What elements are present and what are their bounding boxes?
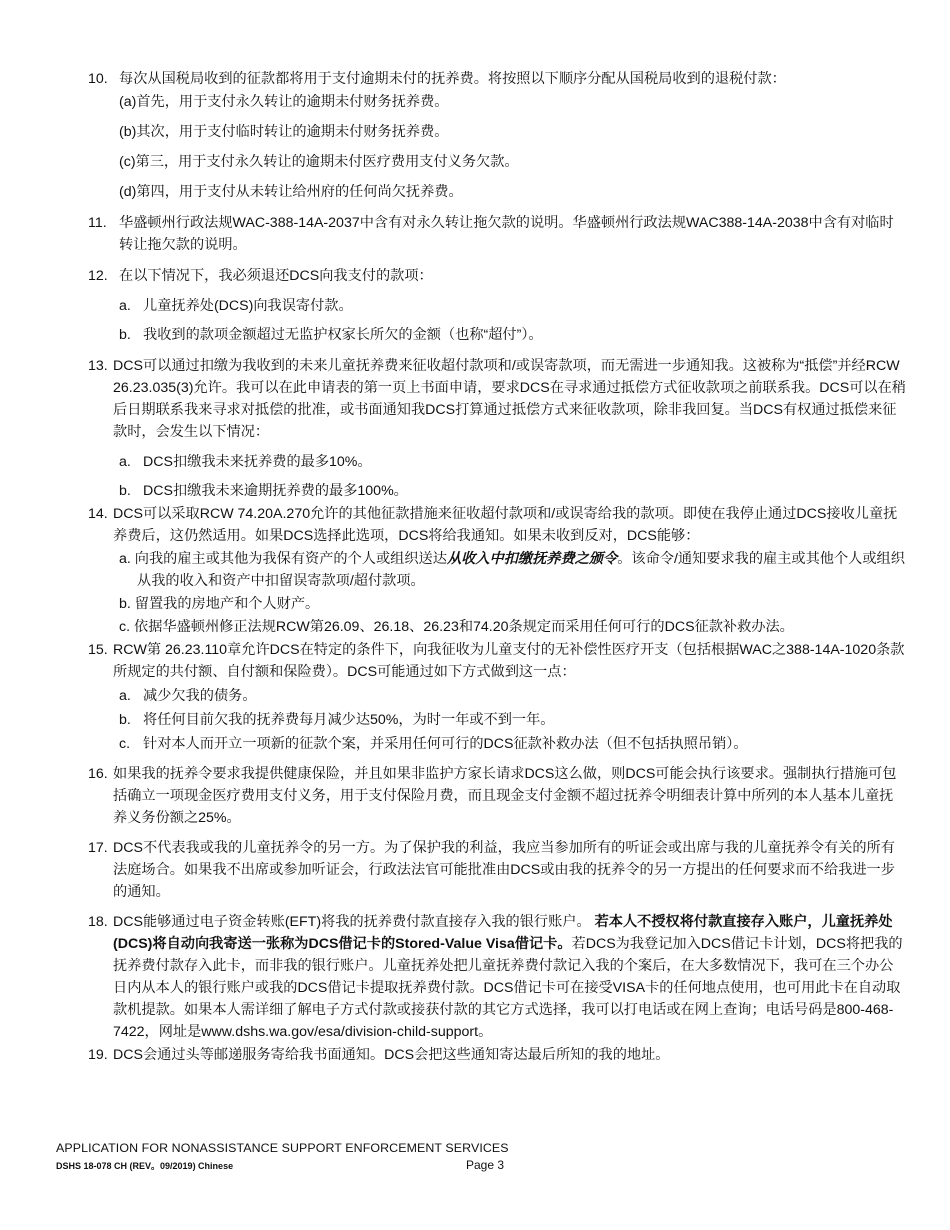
sub-text: 向我的雇主或其他为我保有资产的个人或组织送达 — [135, 551, 447, 567]
sub-label: (a) — [119, 94, 136, 110]
sub-text: 首先，用于支付永久转让的逾期未付财务抚养费。 — [136, 94, 448, 110]
sub-text: 儿童抚养处(DCS)向我误寄付款。 — [143, 298, 353, 314]
item-number: 17. — [88, 837, 108, 859]
list-item-17: 17. DCS不代表我或我的儿童抚养令的另一方。为了保护我的利益，我应当参加所有… — [88, 837, 906, 903]
sub-item-a: a.减少欠我的债务。 — [119, 685, 906, 707]
item-number: 19. — [88, 1044, 108, 1066]
sub-item-a: a.儿童抚养处(DCS)向我误寄付款。 — [119, 295, 906, 317]
sub-label: a. — [119, 685, 131, 707]
item-number: 11. — [88, 212, 107, 234]
sub-item-c: (c)第三，用于支付永久转让的逾期未付医疗费用支付义务欠款。 — [119, 151, 906, 173]
sub-label: a. — [119, 295, 131, 317]
list-item-14: 14. DCS可以采取RCW 74.20A.270允许的其他征款措施来征收超付款… — [88, 503, 906, 638]
sub-item-c: c.针对本人而开立一项新的征款个案，并采用任何可行的DCS征款补救办法（但不包括… — [119, 733, 906, 755]
list-item-12: 12. 在以下情况下，我必须退还DCS向我支付的款项： a.儿童抚养处(DCS)… — [88, 265, 906, 346]
item-number: 14. — [88, 503, 108, 525]
document-page: 10. 每次从国税局收到的征款都将用于支付逾期未付的抚养费。将按照以下顺序分配从… — [0, 0, 950, 1230]
sub-label: a. — [119, 451, 131, 473]
sub-label: b. — [119, 709, 131, 731]
sub-text: 将任何目前欠我的抚养费每月减少达50%，为时一年或不到一年。 — [143, 712, 554, 728]
sub-text: 针对本人而开立一项新的征款个案，并采用任何可行的DCS征款补救办法（但不包括执照… — [143, 736, 748, 752]
sub-item-b: b.我收到的款项金额超过无监护权家长所欠的金额（也称“超付”）。 — [119, 324, 906, 346]
item-number: 13. — [88, 355, 108, 377]
item-text: RCW第 26.23.110章允许DCS在特定的条件下，向我征收为儿童支付的无补… — [113, 639, 906, 683]
item-text: DCS可以采取RCW 74.20A.270允许的其他征款措施来征收超付款项和/或… — [113, 503, 906, 547]
sub-item-b: b.将任何目前欠我的抚养费每月减少达50%，为时一年或不到一年。 — [119, 709, 906, 731]
sub-label: c. — [119, 733, 130, 755]
form-title: APPLICATION FOR NONASSISTANCE SUPPORT EN… — [56, 1141, 576, 1155]
sub-item-a: (a)首先，用于支付永久转让的逾期未付财务抚养费。 — [119, 91, 906, 113]
sub-item-a: a. 向我的雇主或其他为我保有资产的个人或组织送达从收入中扣缴抚养费之颁令。该命… — [119, 548, 906, 592]
sub-item-b: b.DCS扣缴我未来逾期抚养费的最多100%。 — [119, 480, 906, 502]
item-number: 12. — [88, 265, 108, 287]
item-text: DCS可以通过扣缴为我收到的未来儿童抚养费来征收超付款项和/或误寄款项，而无需进… — [113, 355, 906, 443]
sub-text: 依据华盛顿州修正法规RCW第26.09、26.18、26.23和74.20条规定… — [134, 619, 794, 635]
list-item-13: 13. DCS可以通过扣缴为我收到的未来儿童抚养费来征收超付款项和/或误寄款项，… — [88, 355, 906, 502]
sub-label: (b) — [119, 124, 136, 140]
sub-item-a: a.DCS扣缴我未来抚养费的最多10%。 — [119, 451, 906, 473]
list-item-10: 10. 每次从国税局收到的征款都将用于支付逾期未付的抚养费。将按照以下顺序分配从… — [88, 68, 906, 203]
item-text: 每次从国税局收到的征款都将用于支付逾期未付的抚养费。将按照以下顺序分配从国税局收… — [119, 68, 906, 90]
sub-label: a. — [119, 551, 131, 567]
document-body: 10. 每次从国税局收到的征款都将用于支付逾期未付的抚养费。将按照以下顺序分配从… — [88, 68, 906, 1066]
sub-text: 我收到的款项金额超过无监护权家长所欠的金额（也称“超付”）。 — [143, 327, 543, 343]
order-title-emphasis: 从收入中扣缴抚养费之颁令 — [447, 551, 617, 567]
page-number: Page 3 — [466, 1158, 504, 1172]
sub-item-b: b. 留置我的房地产和个人财产。 — [119, 593, 906, 615]
list-item-18: 18. DCS能够通过电子资金转账(EFT)将我的抚养费付款直接存入我的银行账户… — [88, 911, 906, 1043]
sub-label: b. — [119, 596, 131, 612]
sub-item-c: c. 依据华盛顿州修正法规RCW第26.09、26.18、26.23和74.20… — [119, 616, 906, 638]
item-number: 10. — [88, 68, 108, 90]
sub-label: (c) — [119, 154, 136, 170]
item-text: DCS会通过头等邮递服务寄给我书面通知。DCS会把这些通知寄达最后所知的我的地址… — [113, 1044, 906, 1066]
list-item-11: 11. 华盛顿州行政法规WAC-388-14A-2037中含有对永久转让拖欠款的… — [88, 212, 906, 256]
sub-text: 其次，用于支付临时转让的逾期未付财务抚养费。 — [136, 124, 448, 140]
sub-text: 第三，用于支付永久转让的逾期未付医疗费用支付义务欠款。 — [136, 154, 519, 170]
item-number: 18. — [88, 911, 108, 933]
sub-text: 减少欠我的债务。 — [143, 688, 257, 704]
item-number: 16. — [88, 763, 108, 785]
list-item-19: 19. DCS会通过头等邮递服务寄给我书面通知。DCS会把这些通知寄达最后所知的… — [88, 1044, 906, 1066]
item-number: 15. — [88, 639, 108, 661]
sub-text: DCS扣缴我未来逾期抚养费的最多100%。 — [143, 483, 408, 499]
sub-item-d: (d)第四，用于支付从未转让给州府的任何尚欠抚养费。 — [119, 181, 906, 203]
item-text: 在以下情况下，我必须退还DCS向我支付的款项： — [119, 265, 906, 287]
item-text: DCS不代表我或我的儿童抚养令的另一方。为了保护我的利益，我应当参加所有的听证会… — [113, 837, 906, 903]
sub-text: 第四，用于支付从未转让给州府的任何尚欠抚养费。 — [136, 184, 462, 200]
sub-label: b. — [119, 480, 131, 502]
sub-label: b. — [119, 324, 131, 346]
sub-text: 留置我的房地产和个人财产。 — [135, 596, 319, 612]
sub-item-b: (b)其次，用于支付临时转让的逾期未付财务抚养费。 — [119, 121, 906, 143]
item-text: 华盛顿州行政法规WAC-388-14A-2037中含有对永久转让拖欠款的说明。华… — [119, 212, 906, 256]
sub-label: c. — [119, 619, 130, 635]
page-footer: APPLICATION FOR NONASSISTANCE SUPPORT EN… — [56, 1141, 576, 1172]
sub-label: (d) — [119, 184, 136, 200]
list-item-16: 16. 如果我的抚养令要求我提供健康保险，并且如果非监护方家长请求DCS这么做，… — [88, 763, 906, 829]
item-text: DCS能够通过电子资金转账(EFT)将我的抚养费付款直接存入我的银行账户。 若本… — [113, 911, 906, 1043]
eft-text: DCS能够通过电子资金转账(EFT)将我的抚养费付款直接存入我的银行账户。 — [113, 914, 595, 930]
sub-text: DCS扣缴我未来抚养费的最多10%。 — [143, 454, 372, 470]
list-item-15: 15. RCW第 26.23.110章允许DCS在特定的条件下，向我征收为儿童支… — [88, 639, 906, 755]
item-text: 如果我的抚养令要求我提供健康保险，并且如果非监护方家长请求DCS这么做，则DCS… — [113, 763, 906, 829]
